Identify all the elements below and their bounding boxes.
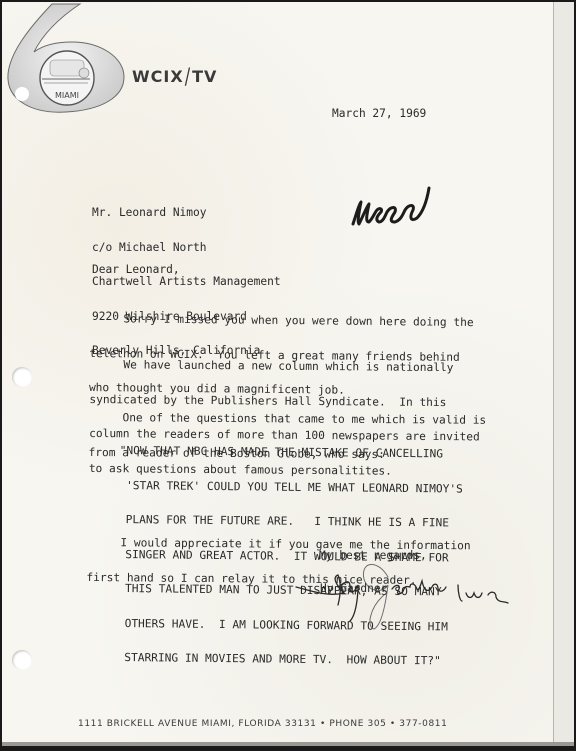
body-line: We have launched a new column which is n… — [90, 359, 481, 374]
station-separator: / — [185, 63, 191, 90]
letter-page: MIAMI WCIX/TV March 27, 1969 Mr. Leonard… — [2, 2, 574, 746]
channel-6-logo: MIAMI — [2, 2, 132, 117]
recipient-line: Chartwell Artists Management — [92, 276, 281, 288]
recipient-line: c/o Michael North — [92, 242, 281, 254]
salutation: Dear Leonard, — [92, 264, 180, 276]
letter-date: March 27, 1969 — [332, 108, 426, 120]
svg-text:MIAMI: MIAMI — [55, 91, 79, 100]
body-line: Sorry I missed you when you were down he… — [90, 313, 474, 329]
scan-edge — [553, 2, 574, 746]
station-call-sign: WCIX — [132, 67, 184, 86]
recipient-line: Mr. Leonard Nimoy — [92, 207, 281, 219]
letterhead-footer-address: 1111 BRICKELL AVENUE MIAMI, FLORIDA 3313… — [78, 719, 447, 729]
scan-bottom-edge — [2, 742, 574, 746]
punch-hole-icon — [12, 650, 32, 670]
quote-line: "NOW THAT NBC HAS MADE THE MISTAKE OF CA… — [120, 445, 464, 460]
quote-line: 'STAR TREK' COULD YOU TELL ME WHAT LEONA… — [119, 479, 463, 494]
handwritten-used-mark — [347, 182, 437, 237]
quote-line: STARRING IN MOVIES AND MORE TV. HOW ABOU… — [117, 652, 461, 667]
station-name: WCIX/TV — [132, 67, 217, 86]
signer-name: Hy Gardner — [320, 583, 387, 595]
punch-hole-icon — [12, 367, 32, 387]
station-type: TV — [192, 67, 217, 86]
